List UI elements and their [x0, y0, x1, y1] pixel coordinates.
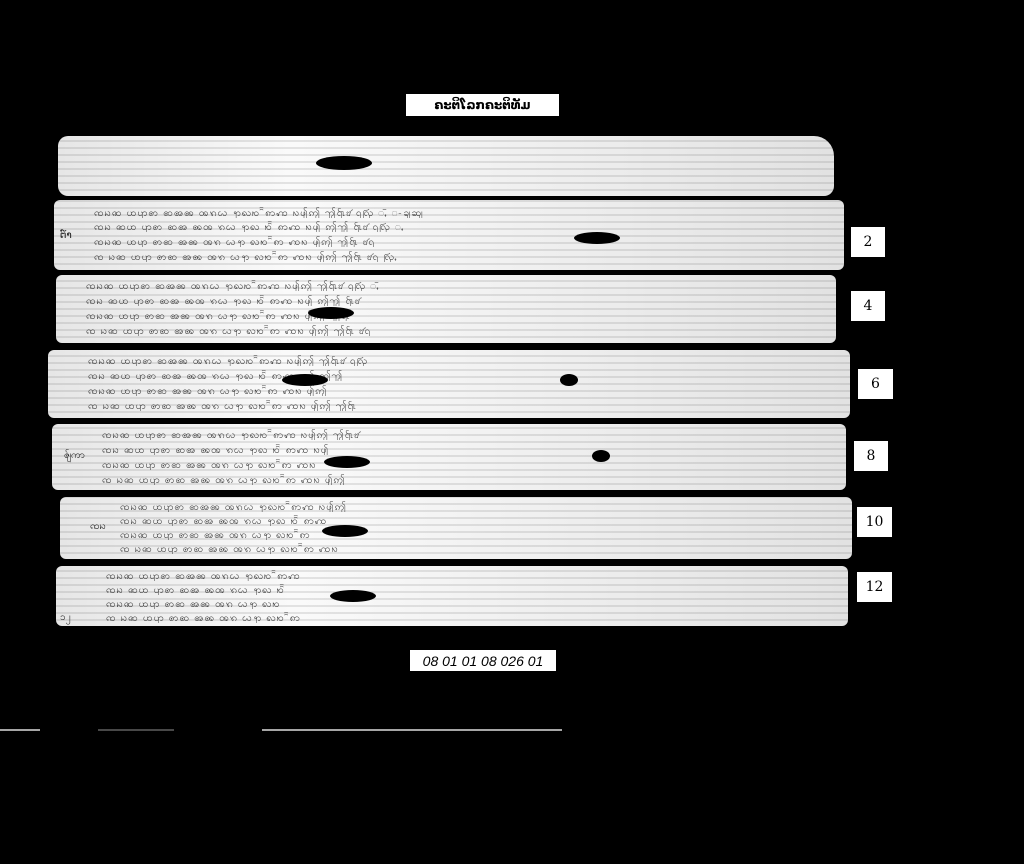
script-line: ꩡꩢꩣ ꩤꩥꩦ ꩧꩨꩩ ꩪꩫꩬ ꩭꩮꩯ ꩰꩱꩲ ꩳꩴꩵ ꩶ꩷꩸ ꩹ꩺ ꩻꩼ ꩽꩾ…	[54, 206, 844, 218]
page-number-6: 6	[858, 369, 893, 399]
manuscript-leaf-6: ꩡꩢꩣ ꩤꩥꩦ ꩧꩨꩩ ꩪꩫꩬ ꩭꩮꩯ ꩰꩱꩲ ꩳꩴꩵ ꩶ꩷꩸ ꩹ꩺ ꩡꩢ ꩣꩤ…	[48, 350, 850, 418]
page-number-2: 2	[851, 227, 885, 257]
binding-hole	[308, 307, 354, 319]
scan-edge-line	[262, 729, 562, 731]
script-line: ꩡ ꩢꩣ ꩤꩥ ꩦꩧ ꩨꩩ ꩪꩫ ꩬꩭ ꩮꩯ ꩰꩱ ꩲꩳ ꩴꩵ ꩶ꩷ ꩸꩹	[56, 324, 836, 336]
script-line: ꩡꩢꩣ ꩤꩥ ꩦꩧ ꩨꩩ ꩪꩫ ꩬꩭ ꩮꩯ ꩰꩱ	[60, 528, 852, 540]
page-number-10: 10	[857, 507, 892, 537]
binding-hole	[316, 156, 372, 170]
script-line: ꩡꩢ ꩣꩤ ꩥꩦ ꩧꩨ ꩩꩪ ꩫꩬ ꩭꩮ ꩯꩰ	[56, 583, 848, 595]
binding-hole	[282, 374, 328, 386]
script-line: ꩡꩢꩣ ꩤꩥꩦ ꩧꩨꩩ ꩪꩫꩬ ꩭꩮꩯ ꩰꩱꩲ ꩳꩴꩵ ꩶ꩷꩸ ꩹ꩺ	[48, 354, 850, 366]
script-line: ꩡꩢꩣ ꩤꩥ ꩦꩧ ꩨꩩ ꩪꩫ ꩬꩭ ꩮꩯ ꩰꩱ ꩲꩳ ꩴꩵ ꩶ꩷	[56, 309, 836, 321]
script-line: ꩡꩢꩣ ꩤꩥꩦ ꩧꩨꩩ ꩪꩫꩬ ꩭꩮꩯ ꩰꩱꩲ ꩳꩴꩵ ꩶ꩷꩸ ꩹ꩺ ꩻꩼ	[56, 279, 836, 291]
script-line: ꩡꩢꩣ ꩤꩥ ꩦꩧ ꩨꩩ ꩪꩫ ꩬꩭ ꩮꩯ ꩰꩱ ꩲꩳ ꩴꩵ	[48, 384, 850, 396]
binding-hole	[322, 525, 368, 537]
script-line: ꩡꩢ ꩣꩤ ꩥꩦ ꩧꩨ ꩩꩪ ꩫꩬ ꩭꩮ ꩯꩰ ꩱꩲ ꩳꩴ ꩵꩶ	[48, 369, 850, 381]
page-number-12: 12	[857, 572, 892, 602]
script-line: ꩡ ꩢꩣ ꩤꩥ ꩦꩧ ꩨꩩ ꩪꩫ ꩬꩭ ꩮꩯ ꩰꩱ ꩲꩳ	[60, 542, 852, 554]
binding-hole	[574, 232, 620, 244]
scan-edge-line	[0, 729, 40, 731]
cover-leaf	[58, 136, 834, 196]
script-line: ꩡꩢ ꩣꩤ ꩥꩦ ꩧꩨ ꩩꩪ ꩫꩬ ꩭꩮ ꩯꩰ ꩱꩲ	[60, 514, 852, 526]
script-line: ꩡꩢ ꩣꩤ ꩥꩦ ꩧꩨ ꩩꩪ ꩫꩬ ꩭꩮ ꩯꩰ ꩱꩲ ꩳꩴ ꩵꩶ ꩷꩸ ꩹ꩺ ꩻ	[54, 220, 844, 232]
scan-edge-line	[98, 729, 174, 731]
manuscript-leaf-10: ꩡꩢ ꩡꩢꩣ ꩤꩥꩦ ꩧꩨꩩ ꩪꩫꩬ ꩭꩮꩯ ꩰꩱꩲ ꩳꩴꩵ ꩡꩢ ꩣꩤ ꩥꩦ …	[60, 497, 852, 559]
script-line: ꩡ ꩢꩣ ꩤꩥ ꩦꩧ ꩨꩩ ꩪꩫ ꩬꩭ ꩮꩯ ꩰꩱ ꩲꩳ ꩴꩵ	[52, 473, 846, 485]
catalog-number-label: 08 01 01 08 026 01	[410, 650, 556, 671]
script-line: ꩡꩢ ꩣꩤ ꩥꩦ ꩧꩨ ꩩꩪ ꩫꩬ ꩭꩮ ꩯꩰ ꩱꩲ ꩳꩴ	[52, 443, 846, 455]
manuscript-leaf-4: ꩡꩢꩣ ꩤꩥꩦ ꩧꩨꩩ ꩪꩫꩬ ꩭꩮꩯ ꩰꩱꩲ ꩳꩴꩵ ꩶ꩷꩸ ꩹ꩺ ꩻꩼ ꩡꩢ…	[56, 275, 836, 343]
script-line: ꩡꩢꩣ ꩤꩥ ꩦꩧ ꩨꩩ ꩪꩫ ꩬꩭ ꩮꩯ ꩰꩱ ꩲꩳ	[52, 458, 846, 470]
script-line: ꩡꩢꩣ ꩤꩥ ꩦꩧ ꩨꩩ ꩪꩫ ꩬꩭ ꩮꩯ	[56, 597, 848, 609]
binding-hole	[592, 450, 610, 462]
script-line: ꩡꩢ ꩣꩤ ꩥꩦ ꩧꩨ ꩩꩪ ꩫꩬ ꩭꩮ ꩯꩰ ꩱꩲ ꩳꩴ ꩵꩶ ꩷꩸	[56, 294, 836, 306]
script-line: ꩡꩢꩣ ꩤꩥꩦ ꩧꩨꩩ ꩪꩫꩬ ꩭꩮꩯ ꩰꩱꩲ ꩳꩴꩵ	[60, 500, 852, 512]
binding-hole	[330, 590, 376, 602]
manuscript-leaf-12: ၁၂ ꩡꩢꩣ ꩤꩥꩦ ꩧꩨꩩ ꩪꩫꩬ ꩭꩮꩯ ꩰꩱꩲ ꩡꩢ ꩣꩤ ꩥꩦ ꩧꩨ ꩩ…	[56, 566, 848, 626]
script-line: ꩡꩢꩣ ꩤꩥ ꩦꩧ ꩨꩩ ꩪꩫ ꩬꩭ ꩮꩯ ꩰꩱ ꩲꩳ ꩴꩵ ꩶ꩷ ꩸꩹	[54, 235, 844, 247]
script-line: ꩡ ꩢꩣ ꩤꩥ ꩦꩧ ꩨꩩ ꩪꩫ ꩬꩭ ꩮꩯ ꩰꩱ ꩲꩳ ꩴꩵ ꩶ꩷	[48, 399, 850, 411]
script-line: ꩡꩢꩣ ꩤꩥꩦ ꩧꩨꩩ ꩪꩫꩬ ꩭꩮꩯ ꩰꩱꩲ	[56, 569, 848, 581]
binding-hole	[560, 374, 578, 386]
page-number-4: 4	[851, 291, 885, 321]
manuscript-leaf-2: ຕ໌າ ꩡꩢꩣ ꩤꩥꩦ ꩧꩨꩩ ꩪꩫꩬ ꩭꩮꩯ ꩰꩱꩲ ꩳꩴꩵ ꩶ꩷꩸ ꩹ꩺ ꩻ…	[54, 200, 844, 270]
manuscript-leaf-8: ၛ်ကာ ꩡꩢꩣ ꩤꩥꩦ ꩧꩨꩩ ꩪꩫꩬ ꩭꩮꩯ ꩰꩱꩲ ꩳꩴꩵ ꩶ꩷꩸ ꩡꩢ …	[52, 424, 846, 490]
script-line: ꩡꩢꩣ ꩤꩥꩦ ꩧꩨꩩ ꩪꩫꩬ ꩭꩮꩯ ꩰꩱꩲ ꩳꩴꩵ ꩶ꩷꩸	[52, 428, 846, 440]
script-line: ꩡ ꩢꩣ ꩤꩥ ꩦꩧ ꩨꩩ ꩪꩫ ꩬꩭ ꩮꩯ ꩰꩱ	[56, 611, 848, 623]
page-number-8: 8	[854, 441, 888, 471]
manuscript-title-label: ຄະຕິໂລກຄະຕິທັມ	[406, 94, 559, 116]
script-line: ꩡ ꩢꩣ ꩤꩥ ꩦꩧ ꩨꩩ ꩪꩫ ꩬꩭ ꩮꩯ ꩰꩱ ꩲꩳ ꩴꩵ ꩶ꩷ ꩸꩹ ꩺꩻ	[54, 250, 844, 262]
binding-hole	[324, 456, 370, 468]
